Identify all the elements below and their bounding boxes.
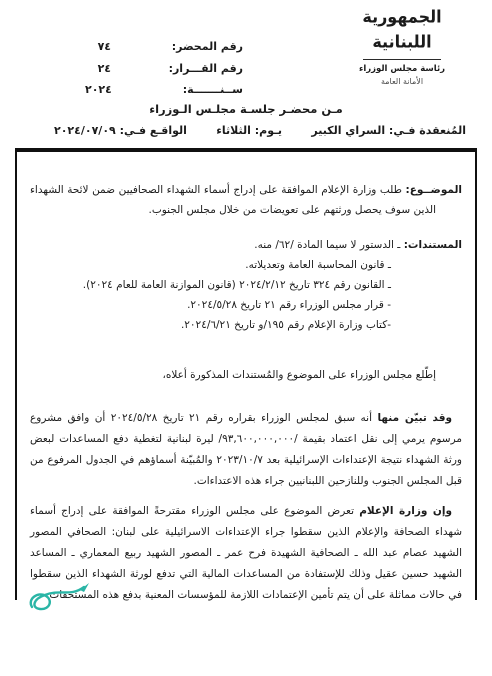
secretariat-text: الأمانة العامة xyxy=(334,77,470,86)
subject-label: الموضــوع: xyxy=(406,184,462,196)
documents-label: المستندات: xyxy=(404,239,462,251)
document-item: -كتاب وزارة الإعلام رقم ١٩٥/و تاريخ ٢٠٢٤… xyxy=(30,315,391,335)
signature-stroke xyxy=(31,587,84,609)
decision-number-label: رقم القـــرار: xyxy=(169,62,243,75)
presidency-text: رئاسة مجلس الوزراء xyxy=(334,64,470,74)
subject-text: طلب وزارة الإعلام الموافقة على إدراج أسم… xyxy=(30,184,436,216)
decision-number-value: ٢٤ xyxy=(85,62,111,75)
proposal-lead: وإن وزارة الإعلام xyxy=(359,505,452,517)
content-frame: الموضــوع: طلب وزارة الإعلام الموافقة عل… xyxy=(15,148,477,600)
subject-paragraph: الموضــوع: طلب وزارة الإعلام الموافقة عل… xyxy=(30,180,462,220)
documents-first-line: المستندات: ـ الدستور لا سيما المادة /٦٢/… xyxy=(30,235,462,255)
document-item: ـ قانون المحاسبة العامة وتعديلاته. xyxy=(30,255,391,275)
minutes-number-value: ٧٤ xyxy=(85,40,111,53)
letterhead-divider xyxy=(363,59,441,60)
signature-squiggle xyxy=(24,580,108,622)
republic-line1: الجمهورية xyxy=(334,4,470,29)
year-value: ٢٠٢٤ xyxy=(85,83,112,96)
session-date: الواقـع فـي: ٢٠٢٤/٠٧/٠٩ xyxy=(54,124,187,137)
session-day: يـوم: الثلاثاء xyxy=(216,124,282,137)
minutes-number-row: رقم المحضر: ٧٤ xyxy=(85,40,243,62)
republic-line2: اللبنانية xyxy=(334,29,470,54)
minutes-number-label: رقم المحضر: xyxy=(172,40,243,53)
documents-list: ـ قانون المحاسبة العامة وتعديلاته. ـ الق… xyxy=(30,255,462,335)
findings-paragraph: وقد تبيّن منها أنه سبق لمجلس الوزراء بقر… xyxy=(30,408,462,492)
document-page: الجمهورية اللبنانية رئاسة مجلس الوزراء ا… xyxy=(0,0,492,676)
record-numbers: رقم المحضر: ٧٤ رقم القـــرار: ٢٤ ســنـــ… xyxy=(85,40,243,105)
document-item: ـ الدستور لا سيما المادة /٦٢/ منه. xyxy=(254,239,400,251)
document-item: - قرار مجلس الوزراء رقم ٢١ تاريخ ٢٠٢٤/٥/… xyxy=(30,295,391,315)
session-meta: المُنعقدة فـي: السراي الكبير يـوم: الثلا… xyxy=(0,124,492,137)
document-title: مـن محضـر جلسـة مجلـس الـوزراء xyxy=(0,102,492,116)
republic-emblem-text: الجمهورية اللبنانية xyxy=(334,4,470,54)
session-location: المُنعقدة فـي: السراي الكبير xyxy=(311,124,466,137)
reviewed-statement: إطّلع مجلس الوزراء على الموضوع والمُستند… xyxy=(30,365,462,385)
findings-lead: وقد تبيّن منها xyxy=(377,412,452,424)
decision-number-row: رقم القـــرار: ٢٤ xyxy=(85,62,243,84)
documents-section: المستندات: ـ الدستور لا سيما المادة /٦٢/… xyxy=(30,235,462,335)
document-item: ـ القانون رقم ٣٢٤ تاريخ ٢٠٢٤/٢/١٢ (قانون… xyxy=(30,275,391,295)
letterhead: الجمهورية اللبنانية رئاسة مجلس الوزراء ا… xyxy=(334,6,470,86)
year-label: ســنـــــــة: xyxy=(183,83,243,96)
